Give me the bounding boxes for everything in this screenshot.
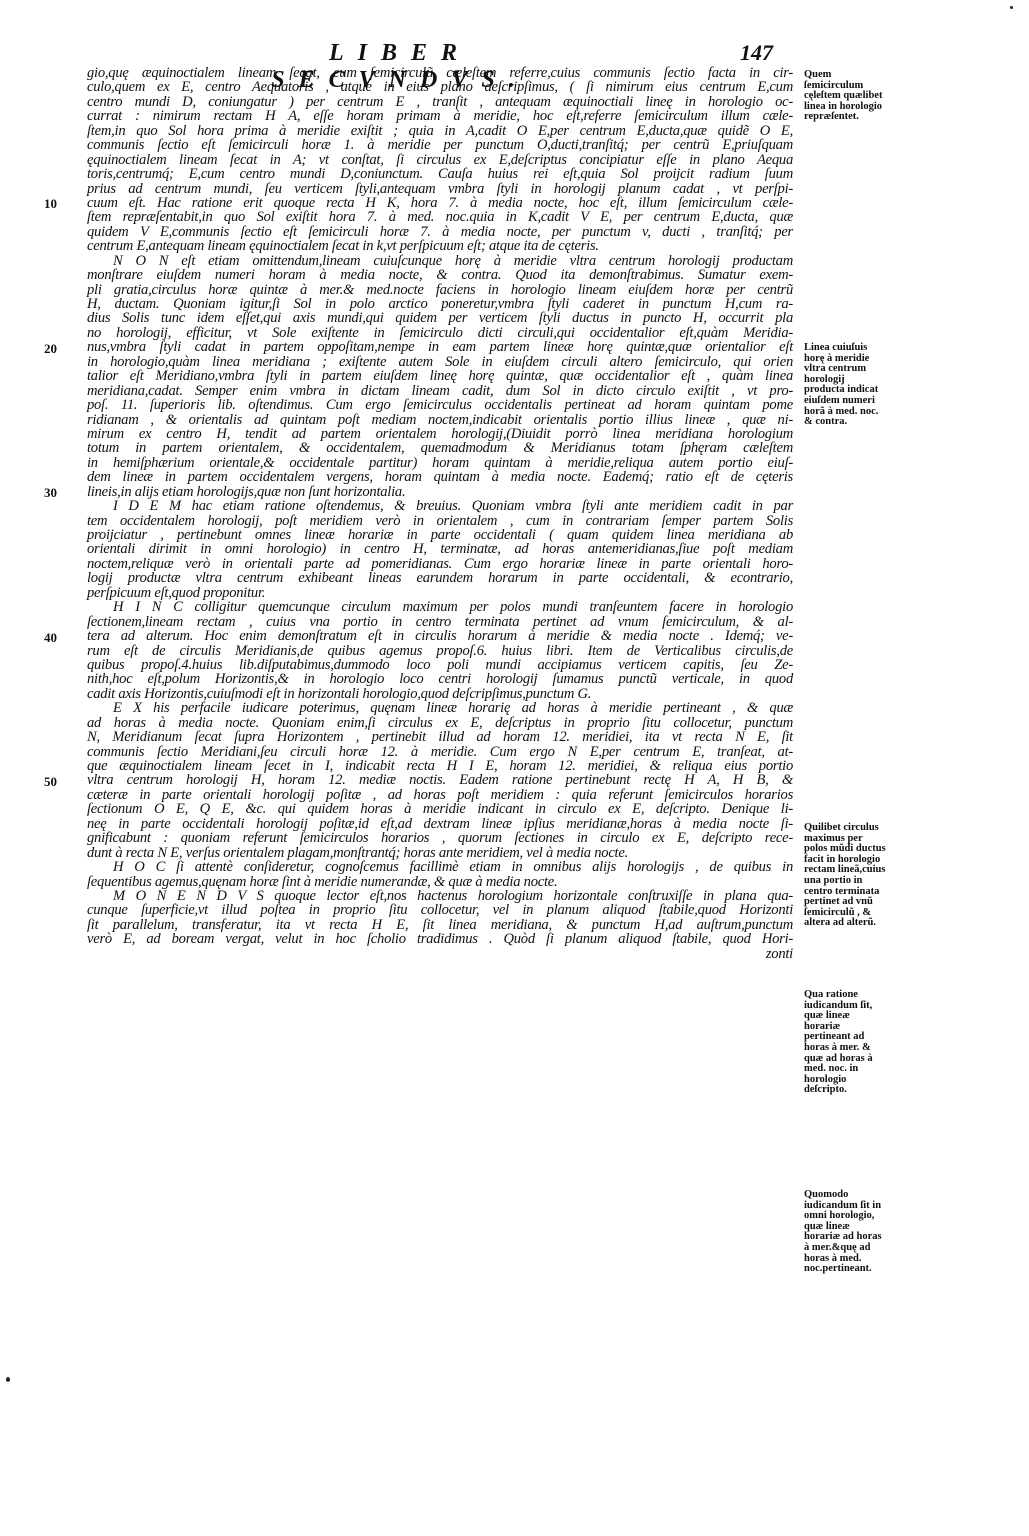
text-line: N O N eſt etiam omittendum,lineam cuiuſc… (87, 254, 793, 268)
text-line: gio,quę æquinoctialem lineam ſecat, eum … (87, 66, 793, 80)
text-line: in hemiſphærium orientale,& occidentale … (87, 456, 793, 470)
text-line: proijciatur , pertinebunt omnes lineæ ho… (87, 528, 793, 542)
text-line: vltra centrum horologij H, horam 12. med… (87, 773, 793, 787)
text-line: quidem V E,communis ſectio eſt ſemicircu… (87, 225, 793, 239)
text-line: dius Solis tunc idem eſſet,qui axis mund… (87, 311, 793, 325)
line-number: 20 (44, 341, 57, 357)
ink-speck (6, 1377, 10, 1382)
text-line: E X his perfacile iudicare poterimus, qu… (87, 701, 793, 715)
text-line: ad horas à media nocte. Quoniam enim,ſi … (87, 716, 793, 730)
line-number: 50 (44, 774, 57, 790)
text-line: tem occidentalem horologij, poſt meridie… (87, 514, 793, 528)
line-number: 30 (44, 485, 57, 501)
text-line: toris,centrumq́; E,cum centro mundi D,co… (87, 167, 793, 181)
ink-speck (1010, 6, 1013, 9)
margin-note: Quem ſemicirculum cęleſtem quælibet line… (804, 70, 886, 123)
margin-note: Linea cuiuſuis horę à meridie vltra cent… (804, 343, 886, 428)
text-line: ſectionem,lineam rectam , cuius vna port… (87, 615, 793, 629)
text-line: cadit axis Horizontis,cuiuſmodi eſt in h… (87, 687, 793, 701)
text-line: logij productæ vltra centrum exhibeant l… (87, 571, 793, 585)
text-line: mirum ex centro H, tendit ad partem orie… (87, 427, 793, 441)
text-line: cæteræ in parte orientali horologij poſi… (87, 788, 793, 802)
text-line: talior eſt Meridiano,vmbra ſtyli in part… (87, 369, 793, 383)
text-line: monſtrare eiuſdem numeri horam à media n… (87, 268, 793, 282)
text-line: lineis,in alijs etiam horologijs,quæ non… (87, 485, 793, 499)
text-line: currat : nimirum rectam H A, eſſe horam … (87, 109, 793, 123)
text-line: H, ductam. Quoniam igitur,ſi Sol in polo… (87, 297, 793, 311)
text-line: N, Meridianum ſecat ſupra Horizontem , p… (87, 730, 793, 744)
text-line: no horologij, efficitur, vt Sole exiſten… (87, 326, 793, 340)
text-line: I D E M hac etiam ratione oſtendemus, & … (87, 499, 793, 513)
text-line: poſ. 11. ſuperioris lib. oſtendimus. Cum… (87, 398, 793, 412)
text-line: noctem,reliquæ verò in orientali parte a… (87, 557, 793, 571)
text-line: que æquinoctialem lineam ſecet in I, ind… (87, 759, 793, 773)
text-line: quibus propoſ.4.huius lib.diſputabimus,d… (87, 658, 793, 672)
text-line: ſit parallelum, transferatur, ita vt rec… (87, 918, 793, 932)
text-line: gnificabunt : quoniam referunt ſemicircu… (87, 831, 793, 845)
text-line: tera ad alterum. Hoc enim demonſtratum e… (87, 629, 793, 643)
text-line: dunt à recta N E, verſus orientalem plag… (87, 846, 793, 860)
text-line: ſtem,in quo Sol hora prima à meridie exi… (87, 124, 793, 138)
text-line: ſtem repræſentabit,in quo Sol exiſtit ho… (87, 210, 793, 224)
text-line: H I N C colligitur quemcunque circulum m… (87, 600, 793, 614)
text-line: verò E, ad boream vergat, velut in hoc ſ… (87, 932, 793, 946)
text-line: ęquinoctialem lineam ſecat in A; vt conſ… (87, 153, 793, 167)
text-line: nith,hoc eſt,polum Horizontis,& in horol… (87, 672, 793, 686)
text-line: centro mundi D, coniungatur ) per centru… (87, 95, 793, 109)
text-line: cuum eſt. Hac ratione erit quoque recta … (87, 196, 793, 210)
text-line: centrum E,antequam lineam ęquinoctialem … (87, 239, 793, 253)
line-number: 40 (44, 630, 57, 646)
text-line: communis ſectio Meridiani,ſeu circuli ho… (87, 745, 793, 759)
text-line: dem lineæ in partem occidentalem vergens… (87, 470, 793, 484)
body-text: gio,quę æquinoctialem lineam ſecat, eum … (87, 66, 793, 961)
text-line: ridianam , & orientalis ad quintam poſt … (87, 413, 793, 427)
text-line: cunque ſuperficie,vt illud poſtea in pro… (87, 903, 793, 917)
text-line: in horologio,quàm linea meridiana ; exiſ… (87, 355, 793, 369)
page-number: 147 (740, 40, 773, 66)
text-line: zonti (87, 947, 793, 961)
margin-note: Qua ratione iudicandum ſit, quæ lineæ ho… (804, 990, 886, 1096)
text-line: culo,quem ex E, centro Aequatoris , atqu… (87, 80, 793, 94)
text-line: perſpicuum eſt,quod proponitur. (87, 586, 793, 600)
text-line: prius ad centrum mundi, ſeu verticem ſty… (87, 182, 793, 196)
line-number: 10 (44, 196, 57, 212)
text-line: totum in partem orientalem, & occidental… (87, 441, 793, 455)
margin-note: Quomodo iudicandum ſit in omni horologio… (804, 1190, 886, 1275)
text-line: meridiana,cadat. Semper enim vmbra in di… (87, 384, 793, 398)
text-line: ſectionum O E, Q E, &c. qui quidem horas… (87, 802, 793, 816)
text-line: communis ſectio eſt ſemicirculi horæ 1. … (87, 138, 793, 152)
text-line: M O N E N D V S quoque lector eſt,nos ha… (87, 889, 793, 903)
text-line: rum eſt de circulis Meridianis,de quibus… (87, 644, 793, 658)
text-line: H O C ſi attentè conſideretur, cognoſcem… (87, 860, 793, 874)
text-line: ſequentibus agemus,quęnam horæ ſint à me… (87, 875, 793, 889)
text-line: neę in parte occidentali horologij poſit… (87, 817, 793, 831)
text-line: orientali dirimit in omni horologio) in … (87, 542, 793, 556)
text-line: pli gratia,circulus horæ quintæ à mer.& … (87, 283, 793, 297)
text-line: nus,vmbra ſtyli cadat in partem oppoſita… (87, 340, 793, 354)
margin-note: Quilibet circulus maximus per polos mũdi… (804, 823, 886, 929)
